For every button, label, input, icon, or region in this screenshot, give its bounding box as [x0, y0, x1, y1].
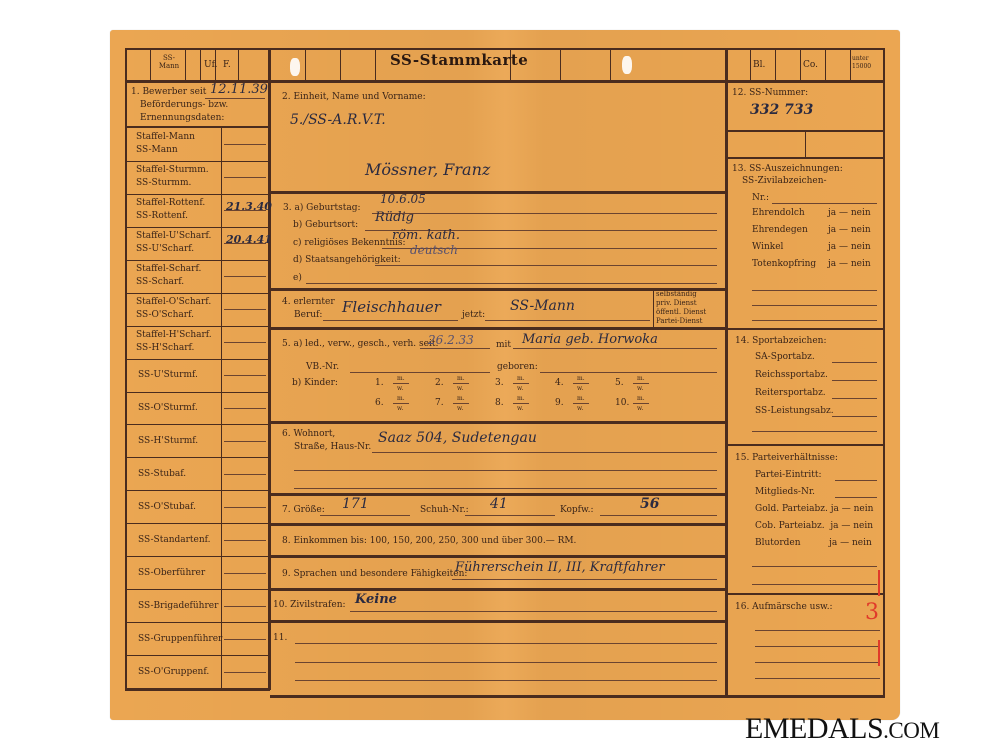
header-uf: Uf.: [204, 60, 217, 71]
rank-label: Staffel-Mann: [136, 132, 195, 143]
award-name: Ehrendegen: [752, 225, 808, 236]
award-yes-no: ja — nein: [828, 208, 871, 219]
rank-label: Staffel-Rottenf.: [136, 198, 205, 209]
rank-label-ss: SS-O'Scharf.: [136, 310, 194, 321]
ss-number-value: 332 733: [750, 102, 813, 118]
rank-label-ss: SS-Mann: [136, 145, 178, 156]
residence-value: Saaz 504, Sudetengau: [378, 430, 537, 446]
promotion-date: 20.4.41: [226, 233, 272, 246]
party-item: Cob. Parteiabz. ja — nein: [755, 521, 873, 532]
child-number: 7.: [435, 398, 444, 409]
child-number: 6.: [375, 398, 384, 409]
left-column-divider: [268, 48, 271, 690]
child-number: 2.: [435, 378, 444, 389]
frame-bottom-left: [125, 688, 270, 691]
rank-label: Staffel-H'Scharf.: [136, 330, 212, 341]
award-name: Winkel: [752, 242, 783, 253]
rank-label: SS-Stubaf.: [138, 469, 186, 480]
party-item: Gold. Parteiabz. ja — nein: [755, 504, 873, 515]
s2-name: Mössner, Franz: [365, 160, 490, 179]
current-profession-value: SS-Mann: [510, 298, 575, 314]
rank-label: SS-Oberführer: [138, 568, 205, 579]
child-number: 1.: [375, 378, 384, 389]
rank-label: Staffel-Scharf.: [136, 264, 201, 275]
card-title: SS-Stammkarte: [390, 55, 528, 66]
rank-label-ss: SS-Sturmm.: [136, 178, 191, 189]
frame-right: [883, 48, 885, 696]
award-yes-no: ja — nein: [828, 242, 871, 253]
birth-place-value: Rüdig: [375, 210, 414, 225]
head-size-value: 56: [640, 496, 659, 512]
award-name: Ehrendolch: [752, 208, 805, 219]
s8-label: 8. Einkommen bis: 100, 150, 200, 250, 30…: [282, 536, 576, 547]
child-number: 5.: [615, 378, 624, 389]
child-number: 10.: [615, 398, 629, 409]
header-unter: unter 15000: [852, 55, 882, 71]
child-number: 9.: [555, 398, 564, 409]
rank-label-ss: SS-Rottenf.: [136, 211, 188, 222]
watermark: EMEDALS.COM: [745, 712, 939, 746]
award-name: Totenkopfring: [752, 259, 816, 270]
profession-value: Fleischhauer: [342, 298, 441, 316]
rank-label: SS-O'Stubaf.: [138, 502, 196, 513]
frame-left: [125, 48, 127, 690]
sport-badge: Reichssportabz.: [755, 370, 828, 381]
punch-hole: [622, 56, 632, 74]
award-yes-no: ja — nein: [828, 225, 871, 236]
sport-badge: SA-Sportabz.: [755, 352, 815, 363]
rank-label: Staffel-U'Scharf.: [136, 231, 211, 242]
party-item: Partei-Eintritt:: [755, 470, 822, 481]
header-bl: Bl.: [753, 60, 765, 71]
s1-label: 1. Bewerber seit: [131, 87, 206, 98]
child-number: 8.: [495, 398, 504, 409]
s2-label: 2. Einheit, Name und Vorname:: [282, 92, 426, 103]
rank-label: SS-Brigadeführer: [138, 601, 218, 612]
rank-label: Staffel-Sturmm.: [136, 165, 209, 176]
height-value: 171: [342, 496, 369, 512]
header-co: Co.: [803, 60, 818, 71]
party-item: Blutorden ja — nein: [755, 538, 872, 549]
rank-label-ss: SS-H'Scharf.: [136, 343, 194, 354]
frame-bottom-right: [270, 695, 885, 698]
s2-unit: 5./SS-A.R.V.T.: [290, 112, 386, 128]
frame-top: [125, 48, 885, 50]
rank-label-ss: SS-Scharf.: [136, 277, 184, 288]
header-ss-mann: SS-Mann: [155, 54, 183, 70]
rank-label: Staffel-O'Scharf.: [136, 297, 211, 308]
skills-value: Führerschein II, III, Kraftfahrer: [455, 560, 665, 575]
birth-date-value: 10.6.05: [380, 192, 426, 206]
child-number: 4.: [555, 378, 564, 389]
party-item: Mitglieds-Nr.: [755, 487, 815, 498]
rank-label: SS-O'Gruppenf.: [138, 667, 209, 678]
spouse-value: Maria geb. Horwoka: [522, 332, 658, 347]
rank-label: SS-O'Sturmf.: [138, 403, 198, 414]
criminal-record-value: Keine: [355, 592, 397, 607]
red-pencil-mark: [878, 640, 880, 666]
date-column-divider: [221, 126, 222, 688]
married-since-value: 26.2.33: [428, 333, 474, 347]
sport-badge: SS-Leistungsabz.: [755, 406, 834, 417]
citizenship-value: deutsch: [410, 243, 458, 257]
header-f: F.: [223, 60, 231, 71]
red-margin-note: 3: [865, 600, 879, 625]
red-pencil-mark: [878, 570, 880, 596]
punch-hole: [290, 58, 300, 76]
shoe-size-value: 41: [490, 496, 508, 512]
award-yes-no: ja — nein: [828, 259, 871, 270]
religion-value: röm. kath.: [392, 228, 460, 243]
s1-value: 12.11.39: [210, 82, 268, 97]
child-number: 3.: [495, 378, 504, 389]
rank-label: SS-H'Sturmf.: [138, 436, 198, 447]
stammkarte-card: SS-Mann Uf. F. SS-Stammkarte Bl. Co. unt…: [110, 30, 900, 720]
rank-label: SS-Gruppenführer: [138, 634, 222, 645]
rank-label: SS-U'Sturmf.: [138, 370, 198, 381]
right-column-divider: [725, 48, 728, 698]
sport-badge: Reitersportabz.: [755, 388, 826, 399]
rank-label: SS-Standartenf.: [138, 535, 211, 546]
rank-label-ss: SS-U'Scharf.: [136, 244, 194, 255]
promotion-date: 21.3.40: [226, 200, 272, 213]
